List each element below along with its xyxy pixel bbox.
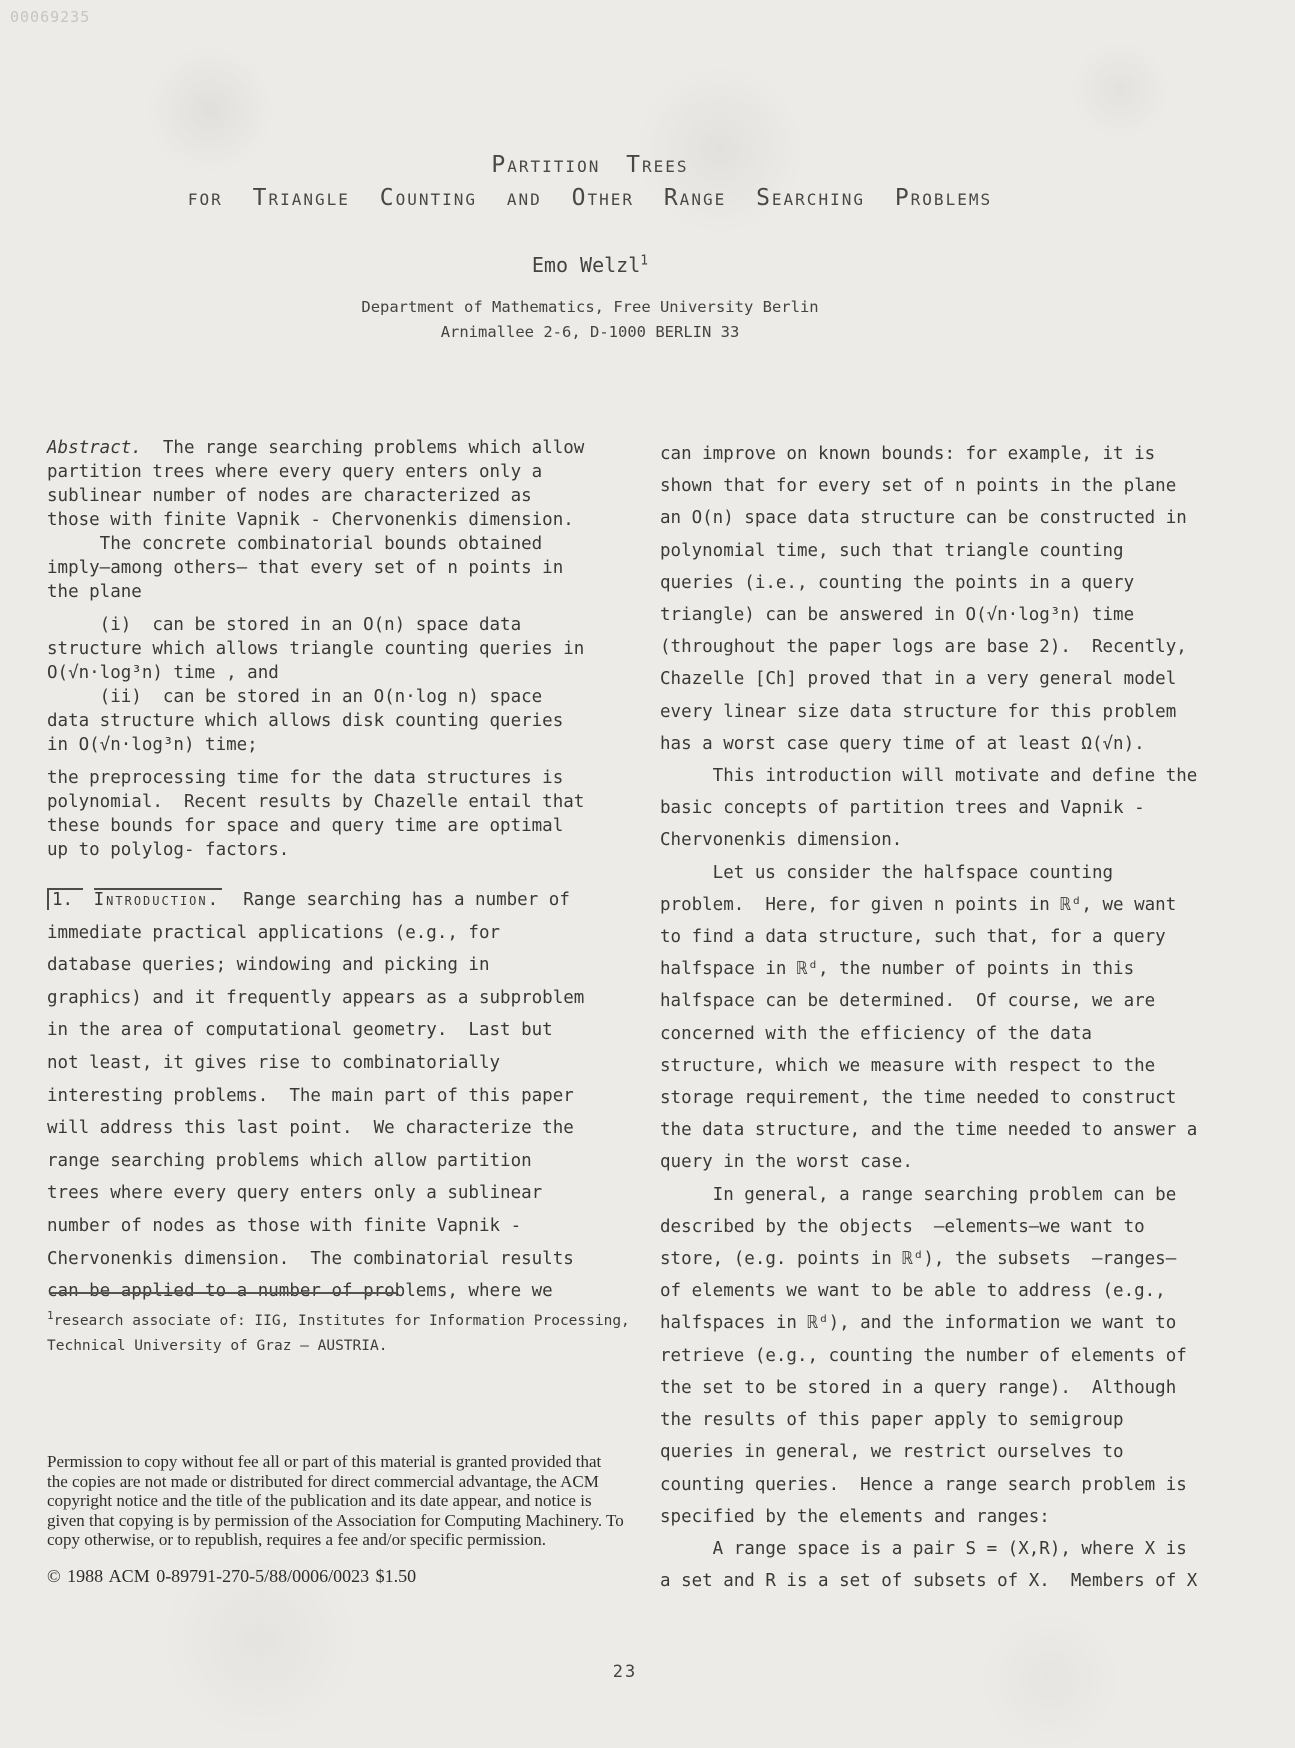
text-line: to find a data structure, such that, for… xyxy=(660,921,1255,953)
text-line: halfspaces in ℝᵈ), and the information w… xyxy=(660,1307,1255,1339)
abstract-label: Abstract. xyxy=(47,438,142,458)
text-line: an O(n) space data structure can be cons… xyxy=(660,502,1255,534)
text-line: imply—among others— that every set of n … xyxy=(47,556,632,580)
text-line: the data structure, and the time needed … xyxy=(660,1114,1255,1146)
abstract-paragraph-1: partition trees where every query enters… xyxy=(47,460,632,604)
text-line: A range space is a pair S = (X,R), where… xyxy=(660,1533,1255,1565)
text-line: in O(√n·log³n) time; xyxy=(47,733,632,757)
text-line: sublinear number of nodes are characteri… xyxy=(47,484,632,508)
footnote-line-2: Technical University of Graz — AUSTRIA. xyxy=(47,1334,632,1359)
text-line: concerned with the efficiency of the dat… xyxy=(660,1018,1255,1050)
text-line: (i) can be stored in an O(n) space data xyxy=(47,613,632,637)
text-line: Let us consider the halfspace counting xyxy=(660,857,1255,889)
text-line: query in the worst case. xyxy=(660,1146,1255,1178)
text-line: structure, which we measure with respect… xyxy=(660,1050,1255,1082)
text-line: of elements we want to be able to addres… xyxy=(660,1275,1255,1307)
text-line: (throughout the paper logs are base 2). … xyxy=(660,631,1255,663)
footnote-rule xyxy=(49,1292,397,1294)
text-line: trees where every query enters only a su… xyxy=(47,1177,632,1210)
abstract-item-list: (i) can be stored in an O(n) space datas… xyxy=(47,613,632,757)
abstract-first-line-rest: The range searching problems which allow xyxy=(142,438,585,458)
right-column: can improve on known bounds: for example… xyxy=(660,438,1255,1597)
text-line: This introduction will motivate and defi… xyxy=(660,760,1255,792)
footnote-text-1: research associate of: IIG, Institutes f… xyxy=(54,1313,630,1329)
affiliation-department: Department of Mathematics, Free Universi… xyxy=(0,298,1180,316)
text-line: the plane xyxy=(47,580,632,604)
text-line: (ii) can be stored in an O(n·log n) spac… xyxy=(47,685,632,709)
text-line: interesting problems. The main part of t… xyxy=(47,1080,632,1113)
text-line: queries in general, we restrict ourselve… xyxy=(660,1436,1255,1468)
text-line: up to polylog- factors. xyxy=(47,838,632,862)
paper-title-line2: for Triangle Counting and Other Range Se… xyxy=(0,185,1180,211)
abstract-first-line: Abstract. The range searching problems w… xyxy=(47,436,632,460)
scanned-paper-page: 00069235 Partition Trees for Triangle Co… xyxy=(0,0,1295,1748)
text-line: polynomial. Recent results by Chazelle e… xyxy=(47,790,632,814)
text-line: triangle) can be answered in O(√n·log³n)… xyxy=(660,599,1255,631)
text-line: The concrete combinatorial bounds obtain… xyxy=(47,532,632,556)
text-line: O(√n·log³n) time , and xyxy=(47,661,632,685)
text-line: halfspace in ℝᵈ, the number of points in… xyxy=(660,953,1255,985)
text-line: storage requirement, the time needed to … xyxy=(660,1082,1255,1114)
abstract-paragraph-2: the preprocessing time for the data stru… xyxy=(47,766,632,862)
introduction-paragraph: immediate practical applications (e.g., … xyxy=(47,917,632,1308)
author-text: Emo Welzl xyxy=(532,253,640,277)
text-line: Chervonenkis dimension. xyxy=(660,824,1255,856)
text-line: range searching problems which allow par… xyxy=(47,1145,632,1178)
abstract-block: Abstract. The range searching problems w… xyxy=(47,436,632,862)
page-number: 23 xyxy=(575,1662,675,1682)
text-line: Chervonenkis dimension. The combinatoria… xyxy=(47,1243,632,1276)
text-line: retrieve (e.g., counting the number of e… xyxy=(660,1340,1255,1372)
footnote-block: 1research associate of: IIG, Institutes … xyxy=(47,1303,632,1359)
text-line: a set and R is a set of subsets of X. Me… xyxy=(660,1565,1255,1597)
text-line: these bounds for space and query time ar… xyxy=(47,814,632,838)
text-line: in the area of computational geometry. L… xyxy=(47,1014,632,1047)
text-line: the set to be stored in a query range). … xyxy=(660,1372,1255,1404)
text-line: problem. Here, for given n points in ℝᵈ,… xyxy=(660,889,1255,921)
text-line: immediate practical applications (e.g., … xyxy=(47,917,632,950)
text-line: specified by the elements and ranges: xyxy=(660,1501,1255,1533)
paragraph-gap xyxy=(47,757,632,766)
footnote-line-1: 1research associate of: IIG, Institutes … xyxy=(47,1303,632,1334)
text-line: basic concepts of partition trees and Va… xyxy=(660,792,1255,824)
text-line: those with finite Vapnik - Chervonenkis … xyxy=(47,508,632,532)
text-line: number of nodes as those with finite Vap… xyxy=(47,1210,632,1243)
text-line: the preprocessing time for the data stru… xyxy=(47,766,632,790)
text-line: the results of this paper apply to semig… xyxy=(660,1404,1255,1436)
text-line: data structure which allows disk countin… xyxy=(47,709,632,733)
text-line: will address this last point. We charact… xyxy=(47,1112,632,1145)
section-heading-line: 1. Introduction. Range searching has a n… xyxy=(47,884,632,917)
text-line: polynomial time, such that triangle coun… xyxy=(660,535,1255,567)
text-line: every linear size data structure for thi… xyxy=(660,696,1255,728)
text-line: In general, a range searching problem ca… xyxy=(660,1179,1255,1211)
text-line: can improve on known bounds: for example… xyxy=(660,438,1255,470)
text-line: described by the objects —elements—we wa… xyxy=(660,1211,1255,1243)
paper-title-line1: Partition Trees xyxy=(0,152,1180,178)
text-line: has a worst case query time of at least … xyxy=(660,728,1255,760)
text-line: database queries; windowing and picking … xyxy=(47,949,632,982)
copyright-permission: Permission to copy without fee all or pa… xyxy=(47,1452,625,1550)
text-line: counting queries. Hence a range search p… xyxy=(660,1469,1255,1501)
copyright-notice: © 1988 ACM 0-89791-270-5/88/0006/0023 $1… xyxy=(47,1566,625,1587)
text-line: Chazelle [Ch] proved that in a very gene… xyxy=(660,663,1255,695)
text-line: not least, it gives rise to combinatoria… xyxy=(47,1047,632,1080)
author-footnote-mark: 1 xyxy=(640,253,648,268)
scan-id: 00069235 xyxy=(10,8,90,26)
text-line: structure which allows triangle counting… xyxy=(47,637,632,661)
affiliation-address: Arnimallee 2-6, D-1000 BERLIN 33 xyxy=(0,323,1180,341)
footnote-mark: 1 xyxy=(47,1309,54,1322)
section-number: 1. xyxy=(47,888,83,910)
section-title: Introduction. xyxy=(94,888,223,910)
paragraph-gap xyxy=(47,604,632,613)
text-line: halfspace can be determined. Of course, … xyxy=(660,985,1255,1017)
text-line: shown that for every set of n points in … xyxy=(660,470,1255,502)
text-line: queries (i.e., counting the points in a … xyxy=(660,567,1255,599)
text-line: store, (e.g. points in ℝᵈ), the subsets … xyxy=(660,1243,1255,1275)
text-line: partition trees where every query enters… xyxy=(47,460,632,484)
right-column-text: can improve on known bounds: for example… xyxy=(660,438,1255,1597)
text-line: graphics) and it frequently appears as a… xyxy=(47,982,632,1015)
author-name: Emo Welzl1 xyxy=(0,253,1180,277)
section-first-line-rest: Range searching has a number of xyxy=(222,890,570,910)
introduction-section: 1. Introduction. Range searching has a n… xyxy=(47,884,632,1308)
